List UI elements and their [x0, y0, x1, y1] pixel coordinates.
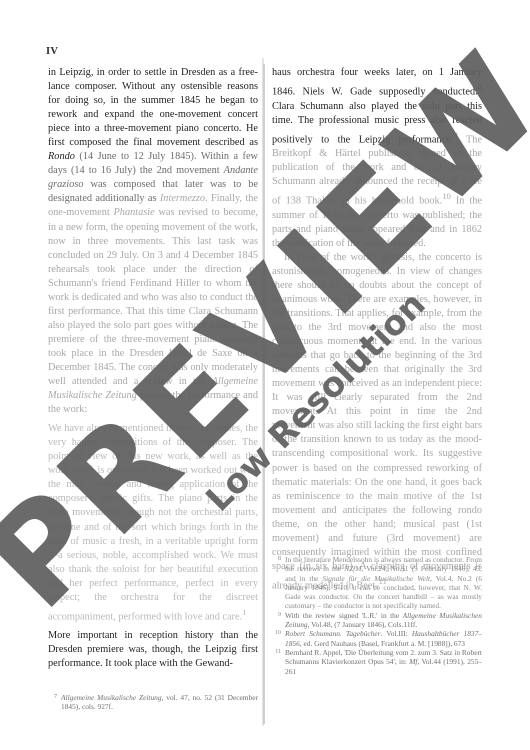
footnote: 11 Bernhard R. Appel, 'Die Überleitung v…: [272, 648, 482, 676]
paragraph-text: in Leipzig, in order to settle in Dresde…: [48, 67, 258, 148]
footnote-mark: 9: [272, 611, 281, 630]
footnote-mark: 10: [272, 629, 281, 648]
footnote-title: Allgemeine Musikalische Zeitung: [61, 693, 162, 702]
body-paragraph: More important in reception history than…: [48, 629, 258, 671]
footnote-text-wrap: Allgemeine Musikalische Zeitung, vol. 47…: [61, 693, 258, 712]
footnote-ref: 8: [478, 82, 482, 92]
italic-title: Phantasie: [114, 207, 155, 218]
right-text-column: haus orchestra four weeks later, on 1 Ja…: [272, 66, 482, 593]
footnote: 9 With the review signed 'L.R.' in the A…: [272, 611, 482, 630]
page-number: IV: [46, 46, 58, 57]
footnote-mark: 7: [48, 693, 57, 712]
paragraph-text: In view of the work's genesis, the conce…: [272, 252, 482, 592]
footnotes-left: 7 Allgemeine Musikalische Zeitung, vol. …: [48, 693, 258, 712]
footnote-title: Signale für die Musikalische Welt: [322, 574, 430, 583]
footnote-text: With the review signed 'L.R.' in the: [285, 611, 399, 620]
body-paragraph: in Leipzig, in order to settle in Dresde…: [48, 66, 258, 417]
paragraph-text: was revised to become, in a new form, th…: [48, 207, 258, 387]
footnote-text-wrap: In the literature Mendelssohn is always …: [285, 555, 482, 611]
footnote: 7 Allgemeine Musikalische Zeitung, vol. …: [48, 693, 258, 712]
footnote-text-wrap: Bernhard R. Appel, 'Die Überleitung vom …: [285, 648, 482, 676]
italic-title: Rondo: [48, 151, 75, 162]
footnote: 8 In the literature Mendelssohn is alway…: [272, 555, 482, 611]
italic-title: Intermezzo: [160, 193, 205, 204]
footnote-text-wrap: Robert Schumann. Tagebücher. Vol.III: Ha…: [285, 629, 482, 648]
footnote: 10 Robert Schumann. Tagebücher. Vol.III:…: [272, 629, 482, 648]
footnote-text-wrap: With the review signed 'L.R.' in the All…: [285, 611, 482, 630]
footnote-ref: 9: [453, 130, 457, 140]
footnote-title: NZfM: [344, 564, 361, 573]
footnote-mark: 8: [272, 555, 281, 611]
footnotes-right: 8 In the literature Mendelssohn is alway…: [272, 555, 482, 676]
footnote-text: , ed. Gerd Nauhaus (Basel, Frankfurt a. …: [300, 639, 465, 648]
paragraph-text: Clara Schumann also played the solo part…: [272, 101, 482, 146]
quote-text: We have already mentioned in previous is…: [48, 423, 258, 622]
footnote-ref: 10: [442, 191, 451, 201]
footnote-text: , Vol.48, (7 January 1846), Cols.11ff.: [308, 620, 418, 629]
footnote-title: Robert Schumann. Tagebücher: [285, 629, 381, 638]
left-text-column: in Leipzig, in order to settle in Dresde…: [48, 66, 258, 671]
paragraph-text: More important in reception history than…: [48, 630, 258, 669]
body-paragraph: In view of the work's genesis, the conce…: [272, 251, 482, 594]
block-quote: We have already mentioned in previous is…: [48, 422, 258, 624]
footnote-ref: 1: [242, 607, 246, 617]
paragraph-text: haus orchestra four weeks later, on 1 Ja…: [272, 67, 482, 97]
footnote-text: . Vol.III:: [381, 629, 408, 638]
body-paragraph: haus orchestra four weeks later, on 1 Ja…: [272, 66, 482, 251]
footnote-mark: 11: [272, 648, 281, 676]
